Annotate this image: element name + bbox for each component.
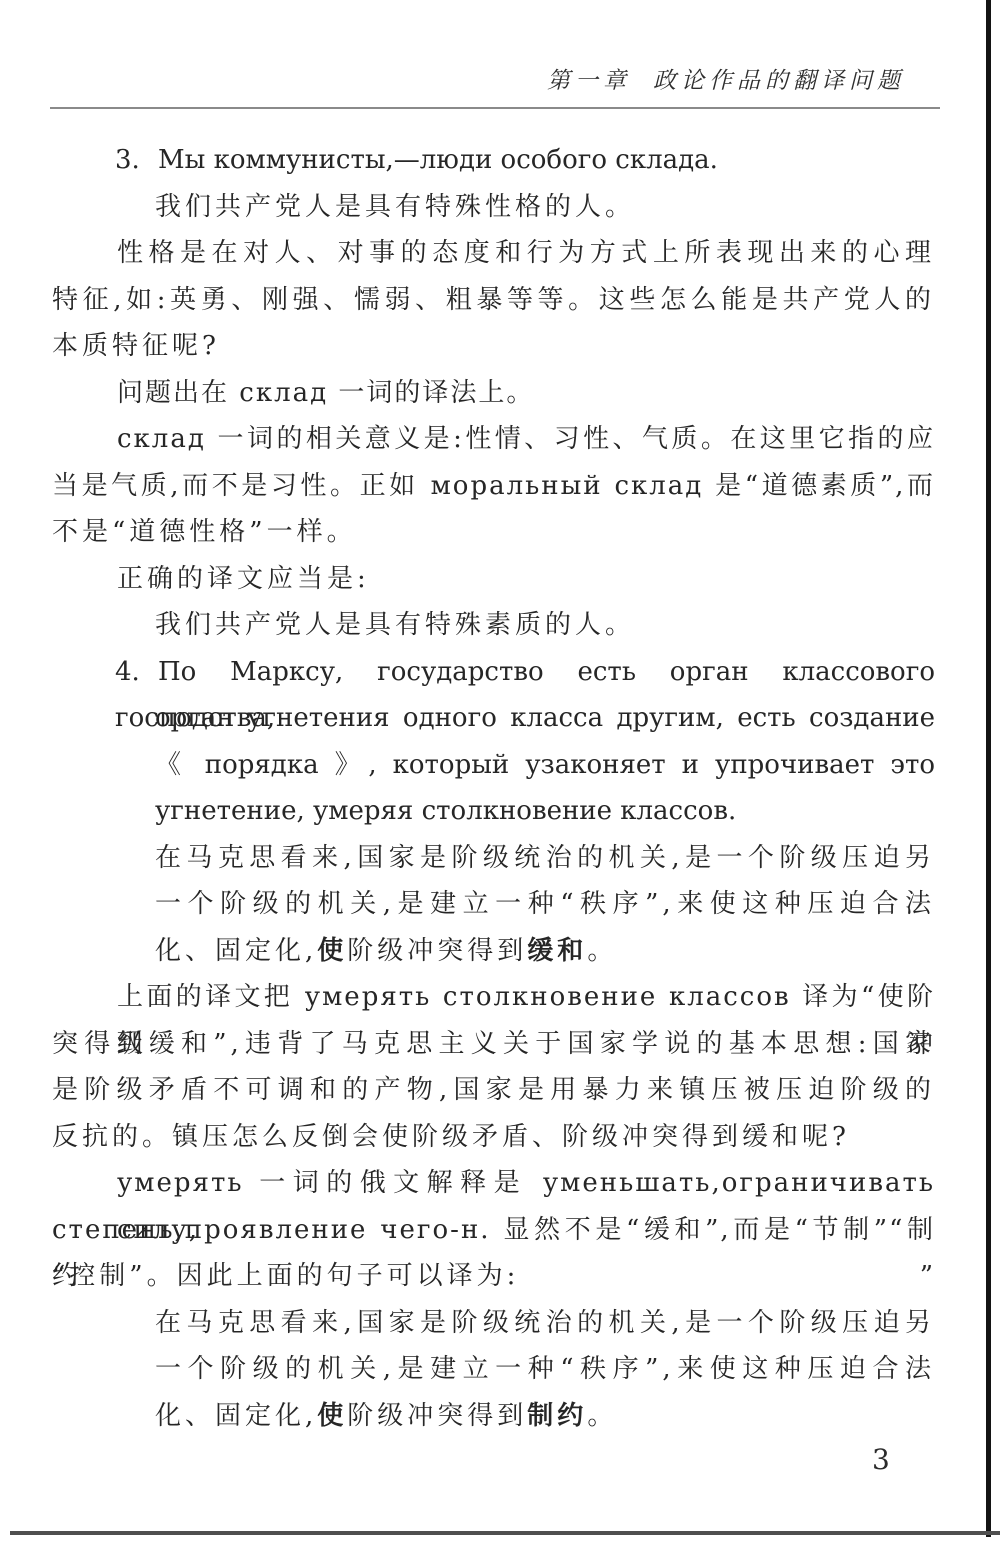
quote3-line2: 一个阶级的机关,是建立一种“秩序”,来使这种压迫合法 [52,1346,935,1393]
quote3-line3: 化、固定化,使阶级冲突得到制约。 [52,1393,935,1440]
item3-russian-line: 3.Мы коммунисты,—люди особого склада. [52,137,935,184]
quote3-line3-mid: 阶级冲突得到 [347,1401,527,1431]
running-header: 第一章政论作品的翻译问题 [547,62,905,95]
page-body: 3.Мы коммунисты,—люди особого склада. 我们… [52,137,935,1439]
quote3-line3-end: 。 [587,1401,617,1431]
bold-emphasis-shi: 使 [317,936,347,966]
quote2-line3-pre: 化、固定化, [155,936,317,966]
paragraph2-line1: 问题出在 склад 一词的译法上。 [52,370,935,417]
paragraph4-line1: 正确的译文应当是: [52,556,935,603]
paragraph5-line4: 反抗的。镇压怎么反倒会使阶级矛盾、阶级冲突得到缓和呢? [52,1114,935,1161]
paragraph3-line1: склад 一词的相关意义是:性情、习性、气质。在这里它指的应 [52,416,935,463]
bold-emphasis-zhiyue: 制约 [527,1401,587,1431]
quote3-line1: 在马克思看来,国家是阶级统治的机关,是一个阶级压迫另 [52,1300,935,1347]
paragraph1-line2: 特征,如:英勇、刚强、懦弱、粗暴等等。这些怎么能是共产党人的 [52,277,935,324]
item3-russian-text: Мы коммунисты,—люди особого склада. [158,145,718,175]
quote2-line2: 一个阶级的机关,是建立一种“秩序”,来使这种压迫合法 [52,881,935,928]
paragraph5-line2: 突得到缓和”,违背了马克思主义关于国家学说的基本思想:国家 [52,1021,935,1068]
paragraph3-line3: 不是“道德性格”一样。 [52,509,935,556]
paragraph6-line1: умерять 一词的俄文解释是 уменьшать,ограничивать … [52,1160,935,1207]
paragraph6-line2: степень,проявление чего-н. 显然不是“缓和”,而是“节… [52,1207,935,1254]
scan-edge-right-line [986,0,991,1537]
scan-edge-bottom-line [10,1531,1000,1535]
paragraph3-line2: 当是气质,而不是习性。正如 моральный склад 是“道德素质”,而 [52,463,935,510]
paragraph1-line1: 性格是在对人、对事的态度和行为方式上所表现出来的心理 [52,230,935,277]
paragraph5-line3: 是阶级矛盾不可调和的产物,国家是用暴力来镇压被压迫阶级的 [52,1067,935,1114]
item4-russian-line1: 4.По Марксу, государство есть орган клас… [52,649,935,696]
item3-translation-line: 我们共产党人是具有特殊性格的人。 [52,184,935,231]
quote2-line3-mid: 阶级冲突得到 [347,936,527,966]
bold-emphasis-shi2: 使 [317,1401,347,1431]
header-rule [50,107,940,109]
item4-russian-line3: 《 порядка 》, который узаконяет и упрочив… [52,742,935,789]
bold-emphasis-huanhe: 缓和 [527,936,587,966]
quote2-line3-end: 。 [587,936,617,966]
item4-russian-line4: угнетение, умеряя столкновение классов. [52,788,935,835]
paragraph1-line3: 本质特征呢? [52,323,935,370]
quote1-line1: 我们共产党人是具有特殊素质的人。 [52,602,935,649]
quote2-line3: 化、固定化,使阶级冲突得到缓和。 [52,928,935,975]
chapter-title: 政论作品的翻译问题 [653,68,905,94]
chapter-label: 第一章 [547,68,631,94]
paragraph5-line1: 上面的译文把 умерять столкновение классов 译为“使… [52,974,935,1021]
page-number: 3 [872,1440,890,1480]
item4-russian-line2: орган угнетения одного класса другим, ес… [52,695,935,742]
book-page: 第一章政论作品的翻译问题 3.Мы коммунисты,—люди особо… [0,0,1000,1544]
quote2-line1: 在马克思看来,国家是阶级统治的机关,是一个阶级压迫另 [52,835,935,882]
item4-number: 4. [115,649,158,696]
item3-number: 3. [115,137,158,184]
quote3-line3-pre: 化、固定化, [155,1401,317,1431]
